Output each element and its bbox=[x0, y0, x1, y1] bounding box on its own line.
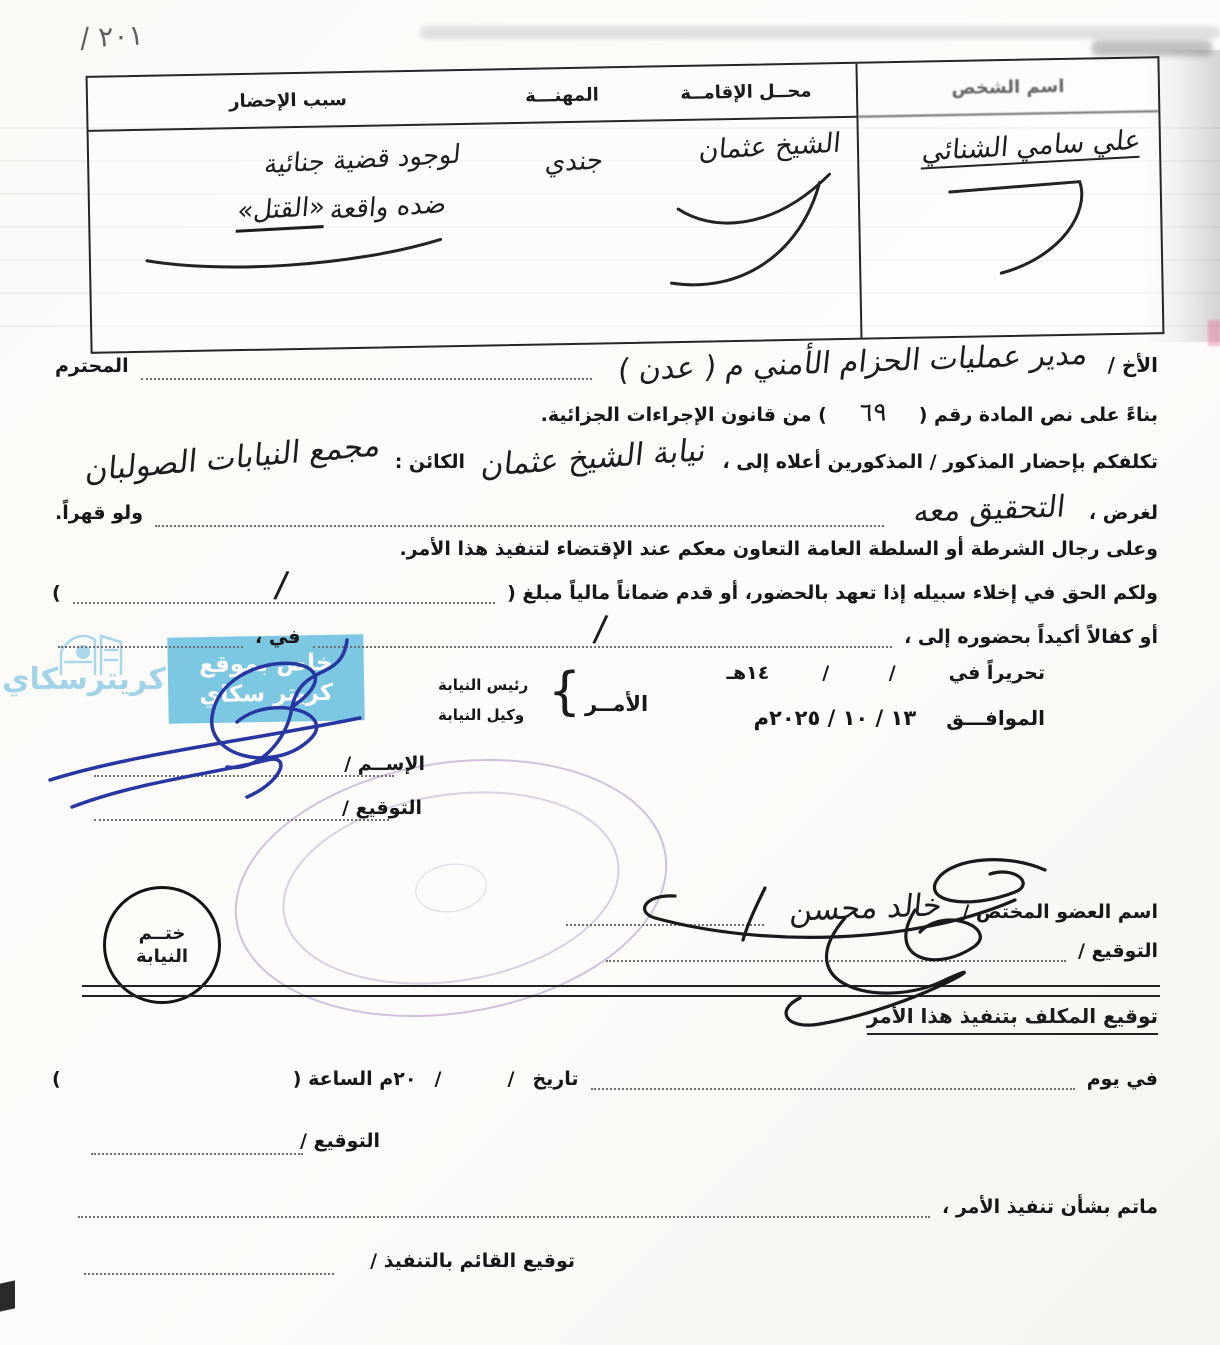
release-line: ولكم الحق في إخلاء سبيله إذا تعهد بالحضو… bbox=[52, 582, 1158, 604]
hand-slash: / bbox=[276, 564, 291, 582]
agreed-date-value: ١٣ / ١٠ / ٢٠٢٥م bbox=[754, 706, 917, 730]
located-label: الكائن : bbox=[395, 451, 465, 473]
header-reason: سبب الإحضار bbox=[88, 70, 489, 131]
column-reason: سبب الإحضار لوجود قضية جنائية ضده واقعة … bbox=[88, 70, 493, 351]
dotted-line: / bbox=[73, 585, 495, 604]
purpose-line: لغرض ، التحقيق معه ولو قهراً. bbox=[55, 492, 1158, 527]
article-prefix: بناءً على نص المادة رقم ( bbox=[919, 404, 1158, 426]
cell-residence: الشيخ عثمان bbox=[636, 118, 860, 342]
dotted-line bbox=[591, 1071, 1075, 1090]
purpose-handwritten: التحقيق معه bbox=[912, 489, 1067, 529]
dotted-line bbox=[141, 361, 592, 380]
addressee-handwritten: مدير عمليات الحزام الأمني م ( عدن ) bbox=[616, 337, 1089, 389]
blue-signature bbox=[42, 622, 382, 842]
summon-destination-handwritten: نيابة الشيخ عثمان bbox=[479, 432, 708, 484]
dotted-line bbox=[155, 508, 884, 527]
agreed-label: الموافـــق bbox=[946, 706, 1045, 730]
scan-mark bbox=[0, 1280, 15, 1311]
residence-handwritten: الشيخ عثمان bbox=[698, 127, 842, 166]
date-slashes: / / bbox=[434, 1068, 514, 1090]
cell-reason: لوجود قضية جنائية ضده واقعة «القتل» bbox=[89, 124, 493, 351]
seal-line1: ختــم bbox=[139, 923, 186, 944]
order-label: الأمــر bbox=[585, 692, 648, 716]
date-label: تاريخ bbox=[532, 1068, 578, 1090]
pen-flourish bbox=[649, 162, 852, 306]
dotted-line: / bbox=[313, 629, 893, 648]
summon-prefix: تكلفكم بإحضار المذكور / المذكورين أعلاه … bbox=[722, 451, 1158, 473]
curly-brace: { bbox=[548, 662, 581, 722]
coercion-label: ولو قهراً. bbox=[55, 502, 143, 524]
column-residence: محــل الإقامــة الشيخ عثمان bbox=[635, 64, 860, 342]
agreed-date-line: الموافـــق ١٣ / ١٠ / ٢٠٢٥م bbox=[754, 706, 1045, 730]
column-person-name: اسم الشخص علي سامي الشنائي bbox=[855, 58, 1162, 337]
header-profession: المهنـــة bbox=[488, 68, 637, 125]
day-label: في يوم bbox=[1087, 1068, 1158, 1090]
member-signature bbox=[585, 848, 1075, 1033]
hour-label: ٢٠م الساعة ( bbox=[293, 1068, 417, 1090]
chief-prosecutor-label: رئيس النيابة bbox=[438, 676, 528, 694]
scan-pink-smudge bbox=[1208, 320, 1220, 346]
dotted-line bbox=[91, 1136, 303, 1155]
addressee-line: الأخ / مدير عمليات الحزام الأمني م ( عدن… bbox=[55, 345, 1158, 380]
bail-prefix: أو كفالاً أكيداً بحضوره إلى ، bbox=[904, 626, 1158, 648]
deputy-prosecutor-label: وكيل النيابة bbox=[438, 706, 524, 724]
person-name-handwritten: علي سامي الشنائي bbox=[921, 125, 1142, 170]
scanned-document-page: ٢٠١ / اسم الشخص علي سامي الشنائي محــل ا… bbox=[0, 0, 1220, 1345]
crime-word-handwritten: «القتل» bbox=[236, 192, 327, 233]
dotted-line bbox=[84, 1256, 334, 1275]
execution-result-line: ماتم بشأن تنفيذ الأمر ، bbox=[72, 1196, 1158, 1218]
corner-case-number: ٢٠١ / bbox=[79, 18, 144, 54]
execution-sign-label: التوقيع / bbox=[300, 1130, 380, 1152]
scan-streak bbox=[420, 26, 1220, 39]
header-person-name: اسم الشخص bbox=[857, 58, 1158, 117]
article-line: بناءً على نص المادة رقم ( ٦٩ ) من قانون … bbox=[541, 398, 1158, 428]
dotted-line bbox=[78, 1199, 930, 1218]
purpose-label: لغرض ، bbox=[1089, 502, 1158, 524]
reason-line1-handwritten: لوجود قضية جنائية bbox=[263, 139, 462, 180]
seal-line2: النيابة bbox=[136, 946, 188, 967]
result-label: ماتم بشأن تنفيذ الأمر ، bbox=[942, 1196, 1158, 1218]
brother-label: الأخ / bbox=[1108, 353, 1158, 377]
header-residence: محــل الإقامــة bbox=[635, 64, 856, 122]
reason-line2-handwritten: ضده واقعة bbox=[328, 189, 447, 225]
summon-line: تكلفكم بإحضار المذكور / المذكورين أعلاه … bbox=[10, 440, 1158, 476]
column-profession: المهنـــة جندي bbox=[488, 68, 641, 345]
article-suffix: ) من قانون الإجراءات الجزائية. bbox=[541, 404, 827, 426]
hand-slash: / bbox=[595, 608, 610, 626]
respected-label: المحترم bbox=[55, 355, 129, 377]
cell-person-name: علي سامي الشنائي bbox=[858, 112, 1162, 337]
summons-table: اسم الشخص علي سامي الشنائي محــل الإقامـ… bbox=[86, 56, 1165, 354]
close-paren: ) bbox=[52, 1068, 61, 1090]
profession-handwritten: جندي bbox=[544, 145, 604, 178]
executor-sign-label: توقيع القائم بالتنفيذ / bbox=[370, 1250, 575, 1272]
close-paren: ) bbox=[52, 582, 61, 604]
police-cooperation-line: وعلى رجال الشرطة أو السلطة العامة التعاو… bbox=[399, 538, 1158, 560]
written-date-line: تحريراً في / / ١٤هـ bbox=[726, 662, 1045, 684]
cell-profession: جندي bbox=[489, 122, 641, 345]
article-number-handwritten: ٦٩ bbox=[857, 397, 888, 428]
execution-day-line: في يوم تاريخ / / ٢٠م الساعة ( ) bbox=[52, 1068, 1158, 1090]
located-handwritten: مجمع النيابات الصولبان bbox=[84, 427, 382, 489]
member-sign-label: التوقيع / bbox=[1078, 940, 1158, 962]
scan-smudge bbox=[1092, 40, 1212, 56]
pen-flourish bbox=[929, 171, 1101, 284]
release-prefix: ولكم الحق في إخلاء سبيله إذا تعهد بالحضو… bbox=[507, 582, 1158, 604]
pen-flourish bbox=[130, 225, 461, 291]
